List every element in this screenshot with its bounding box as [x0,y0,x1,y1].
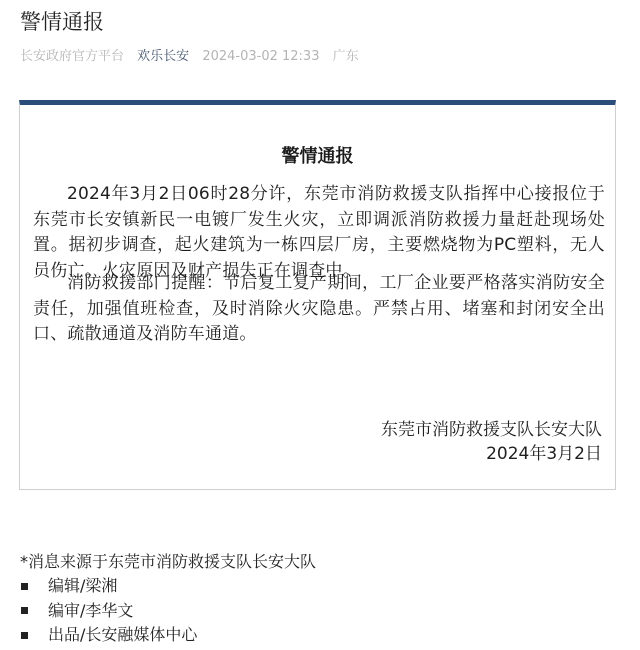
page-title: 警情通报 [20,6,104,36]
credit-item: 出品/长安融媒体中心 [20,623,316,648]
signature-date: 2024年3月2日 [486,439,602,464]
credit-editor: 编辑/梁湘 [48,574,117,599]
publish-datetime: 2024-03-02 12:33 [202,49,319,64]
notice-title: 警情通报 [20,142,615,168]
square-bullet-icon [21,583,28,590]
location: 广东 [333,49,359,64]
signature-org: 东莞市消防救援支队长安大队 [381,415,602,440]
author-link[interactable]: 欢乐长安 [137,49,189,64]
article-meta: 长安政府官方平台 欢乐长安 2024-03-02 12:33 广东 [20,45,368,64]
credit-reviewer: 编审/李华文 [48,599,133,624]
notice-paragraph: 2024年3月2日06时28分许，东莞市消防救援支队指挥中心接报位于东莞市长安镇… [33,182,605,284]
source-note: *消息来源于东莞市消防救援支队长安大队 [20,550,316,574]
source-platform: 长安政府官方平台 [20,49,124,64]
notice-paragraph: 消防救援部门提醒：节后复工复产期间，工厂企业要严格落实消防安全责任，加强值班检查… [33,271,605,348]
notice-box: 警情通报 2024年3月2日06时28分许，东莞市消防救援支队指挥中心接报位于东… [19,100,616,490]
credit-item: 编辑/梁湘 [20,574,316,599]
credit-producer: 出品/长安融媒体中心 [48,623,197,648]
square-bullet-icon [21,632,28,639]
article-footer: *消息来源于东莞市消防救援支队长安大队 编辑/梁湘 编审/李华文 出品/长安融媒… [20,550,316,648]
credit-list: 编辑/梁湘 编审/李华文 出品/长安融媒体中心 [20,574,316,648]
square-bullet-icon [21,607,28,614]
credit-item: 编审/李华文 [20,599,316,624]
